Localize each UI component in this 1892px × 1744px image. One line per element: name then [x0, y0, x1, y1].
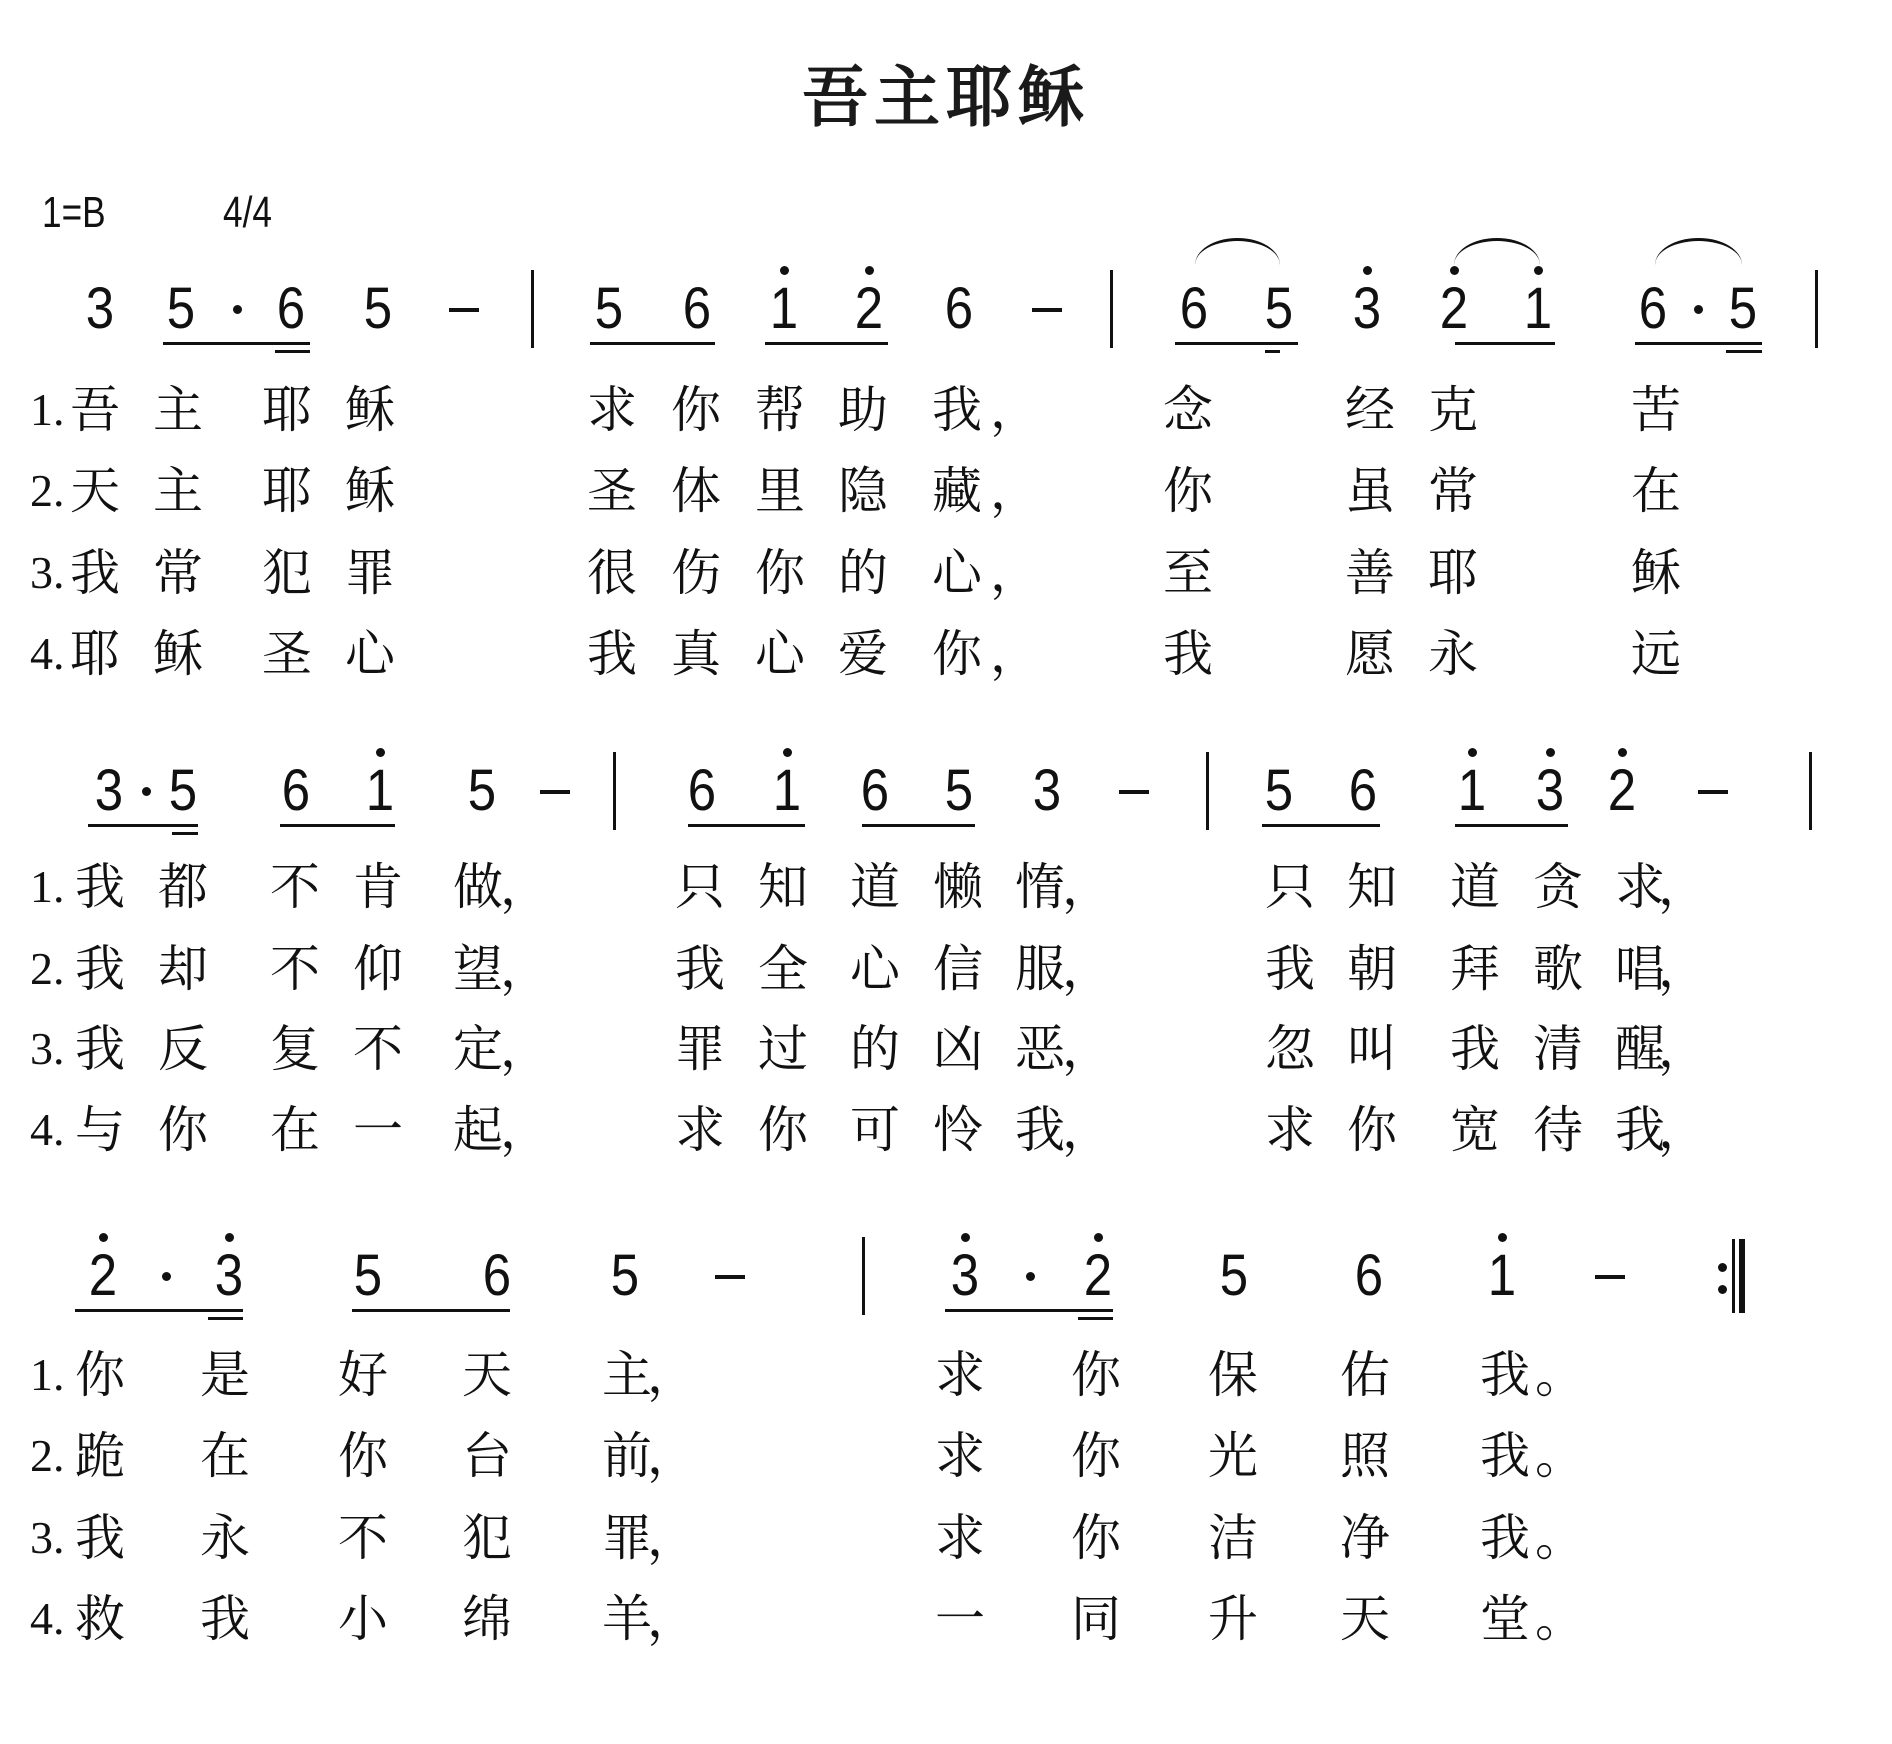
lyric-character: 你 [153, 1100, 213, 1160]
jianpu-note: 5 [157, 762, 210, 820]
lyric-character: ， [642, 1345, 702, 1405]
lyric-character: 跪 [70, 1426, 130, 1486]
lyric-character: 你 [1066, 1508, 1126, 1568]
lyric-character: 你 [70, 1345, 130, 1405]
lyric-character: ， [1653, 1100, 1713, 1160]
sustain-dash [1119, 790, 1149, 794]
lyric-character: ， [495, 857, 555, 917]
lyric-character: 罪 [340, 543, 400, 603]
jianpu-note: 1 [354, 762, 407, 820]
lyric-character: ， [495, 939, 555, 999]
lyric-character: 我 [1260, 939, 1320, 999]
lyric-character: 在 [195, 1426, 255, 1486]
lyric-character: ， [1057, 857, 1117, 917]
lyric-character: ， [985, 543, 1045, 603]
verse-number: 2. [30, 1426, 65, 1486]
jianpu-note: 5 [1253, 762, 1306, 820]
sixteenth-underline [208, 1317, 243, 1320]
high-octave-dot [961, 1233, 970, 1242]
jianpu-note: 3 [74, 280, 127, 338]
verse-number: 1. [30, 857, 65, 917]
lyric-character: 反 [153, 1019, 213, 1079]
barline [531, 270, 534, 348]
lyric-character: 照 [1335, 1426, 1395, 1486]
lyric-character: 佑 [1335, 1345, 1395, 1405]
lyric-character: 。 [1530, 1345, 1590, 1405]
lyric-character: 洁 [1203, 1508, 1263, 1568]
jianpu-note: 2 [1428, 280, 1481, 338]
lyric-character: 知 [753, 857, 813, 917]
jianpu-note: 5 [155, 280, 208, 338]
high-octave-dot [780, 266, 789, 275]
dotted-rhythm-dot [1694, 305, 1703, 314]
lyric-character: 的 [845, 1019, 905, 1079]
eighth-underline [75, 1309, 243, 1312]
verse-number: 3. [30, 1508, 65, 1568]
repeat-dot [1718, 1263, 1727, 1272]
eighth-underline [1262, 824, 1380, 827]
lyric-character: 我 [65, 543, 125, 603]
slur [1655, 238, 1742, 265]
dotted-rhythm-dot [1026, 1272, 1035, 1281]
lyric-character: 我 [70, 1508, 130, 1568]
lyric-character: 一 [348, 1100, 408, 1160]
verse-number: 2. [30, 939, 65, 999]
lyric-character: 念 [1158, 380, 1218, 440]
lyric-character: 主 [148, 380, 208, 440]
lyric-character: 你 [1158, 461, 1218, 521]
lyric-character: ， [642, 1426, 702, 1486]
lyric-character: ， [495, 1100, 555, 1160]
jianpu-note: 3 [1524, 762, 1577, 820]
verse-number: 3. [30, 1019, 65, 1079]
lyric-character: 好 [333, 1345, 393, 1405]
eighth-underline [163, 342, 310, 345]
lyric-character: 同 [1066, 1589, 1126, 1649]
dotted-rhythm-dot [233, 305, 242, 314]
lyric-character: 主 [148, 461, 208, 521]
lyric-character: 在 [265, 1100, 325, 1160]
lyric-character: 你 [1066, 1426, 1126, 1486]
jianpu-note: 6 [671, 280, 724, 338]
barline [1815, 270, 1818, 348]
lyric-character: 心 [845, 939, 905, 999]
lyric-character: 。 [1530, 1508, 1590, 1568]
eighth-underline [1455, 824, 1568, 827]
lyric-character: 歌 [1528, 939, 1588, 999]
lyric-character: 清 [1528, 1019, 1588, 1079]
lyric-character: 犯 [457, 1508, 517, 1568]
lyric-character: 道 [1445, 857, 1505, 917]
lyric-character: 升 [1203, 1589, 1263, 1649]
lyric-character: 苦 [1626, 380, 1686, 440]
jianpu-note: 5 [1208, 1247, 1261, 1305]
lyric-character: 求 [1260, 1100, 1320, 1160]
lyric-character: 信 [928, 939, 988, 999]
lyric-character: 复 [265, 1019, 325, 1079]
song-title: 吾主耶稣 [0, 44, 1892, 139]
jianpu-note: 1 [1476, 1247, 1529, 1305]
lyric-character: 道 [845, 857, 905, 917]
lyric-character: 。 [1530, 1589, 1590, 1649]
lyric-character: 台 [457, 1426, 517, 1486]
sustain-dash [715, 1275, 745, 1279]
lyric-character: 我 [1475, 1345, 1535, 1405]
high-octave-dot [1534, 266, 1543, 275]
jianpu-note: 6 [1168, 280, 1221, 338]
lyric-character: 拜 [1445, 939, 1505, 999]
lyric-character: 犯 [257, 543, 317, 603]
jianpu-note: 1 [1512, 280, 1565, 338]
lyric-character: 我 [70, 939, 130, 999]
lyric-character: 救 [70, 1589, 130, 1649]
eighth-underline [1175, 342, 1298, 345]
barline [1206, 752, 1209, 830]
jianpu-note: 1 [1446, 762, 1499, 820]
lyric-character: 我 [670, 939, 730, 999]
lyric-character: 我 [927, 380, 987, 440]
lyric-character: 凶 [928, 1019, 988, 1079]
lyric-character: 经 [1340, 380, 1400, 440]
lyric-character: ， [642, 1589, 702, 1649]
repeat-dot [1718, 1285, 1727, 1294]
lyric-character: 只 [670, 857, 730, 917]
jianpu-note: 6 [849, 762, 902, 820]
eighth-underline [1455, 342, 1555, 345]
high-octave-dot [865, 266, 874, 275]
lyric-character: ， [495, 1019, 555, 1079]
final-barline-thick [1739, 1239, 1745, 1313]
barline [1809, 752, 1812, 830]
verse-number: 1. [30, 380, 65, 440]
lyric-character: 永 [195, 1508, 255, 1568]
lyric-character: 求 [930, 1508, 990, 1568]
lyric-character: 稣 [1626, 543, 1686, 603]
lyric-character: 我 [70, 857, 130, 917]
jianpu-note: 3 [203, 1247, 256, 1305]
jianpu-note: 6 [933, 280, 986, 338]
lyric-character: ， [642, 1508, 702, 1568]
sixteenth-underline [275, 350, 310, 353]
lyric-character: 稣 [340, 461, 400, 521]
jianpu-note: 2 [1596, 762, 1649, 820]
lyric-character: ， [1653, 1019, 1713, 1079]
lyric-character: 心 [340, 624, 400, 684]
eighth-underline [590, 342, 715, 345]
lyric-character: 仰 [348, 939, 408, 999]
lyric-character: 愿 [1340, 624, 1400, 684]
sustain-dash [449, 308, 479, 312]
verse-number: 4. [30, 1100, 65, 1160]
lyric-character: 你 [753, 1100, 813, 1160]
lyric-character: ， [1057, 1100, 1117, 1160]
lyric-character: 隐 [833, 461, 893, 521]
lyric-character: 心 [750, 624, 810, 684]
jianpu-note: 3 [939, 1247, 992, 1305]
jianpu-note: 3 [1021, 762, 1074, 820]
lyric-character: 我 [1475, 1508, 1535, 1568]
lyric-character: 心 [927, 543, 987, 603]
jianpu-note: 6 [270, 762, 323, 820]
lyric-character: 求 [670, 1100, 730, 1160]
time-signature: 4/4 [223, 188, 272, 238]
jianpu-note: 6 [471, 1247, 524, 1305]
lyric-character: 不 [265, 939, 325, 999]
lyric-character: 帮 [750, 380, 810, 440]
lyric-character: 我 [1445, 1019, 1505, 1079]
high-octave-dot [783, 748, 792, 757]
high-octave-dot [1618, 748, 1627, 757]
eighth-underline [765, 342, 888, 345]
jianpu-note: 5 [1253, 280, 1306, 338]
jianpu-note: 5 [933, 762, 986, 820]
lyric-character: 常 [1423, 461, 1483, 521]
eighth-underline [88, 824, 198, 827]
lyric-character: 天 [65, 461, 125, 521]
lyric-character: ， [1653, 939, 1713, 999]
lyric-character: 都 [153, 857, 213, 917]
verse-number: 4. [30, 624, 65, 684]
lyric-character: 过 [753, 1019, 813, 1079]
lyric-character: 我 [1475, 1426, 1535, 1486]
sustain-dash [1698, 790, 1728, 794]
lyric-character: 很 [582, 543, 642, 603]
verse-number: 2. [30, 461, 65, 521]
lyric-character: 肯 [348, 857, 408, 917]
lyric-character: 光 [1203, 1426, 1263, 1486]
high-octave-dot [1450, 266, 1459, 275]
lyric-character: 圣 [257, 624, 317, 684]
lyric-character: 待 [1528, 1100, 1588, 1160]
high-octave-dot [225, 1233, 234, 1242]
lyric-character: 助 [833, 380, 893, 440]
lyric-character: ， [1057, 939, 1117, 999]
dotted-rhythm-dot [142, 787, 151, 796]
high-octave-dot [1363, 266, 1372, 275]
lyric-character: 知 [1342, 857, 1402, 917]
lyric-character: 我 [582, 624, 642, 684]
jianpu-note: 6 [265, 280, 318, 338]
jianpu-note: 6 [1337, 762, 1390, 820]
lyric-character: 里 [750, 461, 810, 521]
lyric-character: 常 [148, 543, 208, 603]
eighth-underline [688, 824, 805, 827]
high-octave-dot [1546, 748, 1555, 757]
lyric-character: 小 [333, 1589, 393, 1649]
jianpu-note: 5 [456, 762, 509, 820]
lyric-character: 宽 [1445, 1100, 1505, 1160]
lyric-character: 堂 [1475, 1589, 1535, 1649]
jianpu-note: 5 [599, 1247, 652, 1305]
sixteenth-underline [172, 832, 198, 835]
high-octave-dot [99, 1233, 108, 1242]
lyric-character: 你 [333, 1426, 393, 1486]
slur [1195, 238, 1280, 265]
lyric-character: 伤 [666, 543, 726, 603]
lyric-character: 在 [1626, 461, 1686, 521]
lyric-character: 我 [1158, 624, 1218, 684]
eighth-underline [1635, 342, 1762, 345]
lyric-character: ， [1653, 857, 1713, 917]
lyric-character: 净 [1335, 1508, 1395, 1568]
lyric-character: 可 [845, 1100, 905, 1160]
lyric-character: 耶 [1423, 543, 1483, 603]
jianpu-note: 2 [77, 1247, 130, 1305]
lyric-character: 你 [1342, 1100, 1402, 1160]
lyric-character: ， [1057, 1019, 1117, 1079]
lyric-character: 却 [153, 939, 213, 999]
lyric-character: 不 [265, 857, 325, 917]
lyric-character: 稣 [148, 624, 208, 684]
verse-number: 1. [30, 1345, 65, 1405]
lyric-character: 天 [1335, 1589, 1395, 1649]
lyric-character: 。 [1530, 1426, 1590, 1486]
jianpu-note: 6 [1627, 280, 1680, 338]
lyric-character: 你 [750, 543, 810, 603]
lyric-character: 真 [666, 624, 726, 684]
lyric-character: 求 [582, 380, 642, 440]
sustain-dash [1595, 1275, 1625, 1279]
lyric-character: 圣 [582, 461, 642, 521]
jianpu-note: 3 [1341, 280, 1394, 338]
jianpu-note: 6 [676, 762, 729, 820]
lyric-character: 不 [348, 1019, 408, 1079]
sustain-dash [1032, 308, 1062, 312]
lyric-character: 耶 [257, 461, 317, 521]
sustain-dash [540, 790, 570, 794]
lyric-character: 朝 [1342, 939, 1402, 999]
key-signature: 1=B [42, 188, 106, 238]
lyric-character: 保 [1203, 1345, 1263, 1405]
lyric-character: 善 [1340, 543, 1400, 603]
barline [613, 752, 616, 830]
eighth-underline [280, 824, 395, 827]
lyric-character: 克 [1423, 380, 1483, 440]
eighth-underline [862, 824, 975, 827]
high-octave-dot [1498, 1233, 1507, 1242]
eighth-underline [352, 1309, 510, 1312]
lyric-character: 求 [930, 1345, 990, 1405]
lyric-character: ， [985, 380, 1045, 440]
high-octave-dot [376, 748, 385, 757]
lyric-character: 忽 [1260, 1019, 1320, 1079]
lyric-character: 我 [195, 1589, 255, 1649]
lyric-character: 耶 [65, 624, 125, 684]
lyric-character: 你 [1066, 1345, 1126, 1405]
jianpu-note: 5 [342, 1247, 395, 1305]
lyric-character: 叫 [1342, 1019, 1402, 1079]
jianpu-note: 1 [758, 280, 811, 338]
barline [862, 1237, 865, 1315]
lyric-character: 爱 [833, 624, 893, 684]
sixteenth-underline [1265, 350, 1280, 353]
sixteenth-underline [1078, 1317, 1113, 1320]
high-octave-dot [1468, 748, 1477, 757]
lyric-character: 只 [1260, 857, 1320, 917]
slur [1454, 238, 1540, 265]
lyric-character: 你 [666, 380, 726, 440]
lyric-character: 是 [195, 1345, 255, 1405]
lyric-character: 永 [1423, 624, 1483, 684]
lyric-character: 一 [930, 1589, 990, 1649]
lyric-character: 你 [927, 624, 987, 684]
lyric-character: 远 [1626, 624, 1686, 684]
sixteenth-underline [1726, 350, 1762, 353]
verse-number: 4. [30, 1589, 65, 1649]
final-barline-thin [1732, 1239, 1735, 1313]
high-octave-dot [1094, 1233, 1103, 1242]
lyric-character: 与 [70, 1100, 130, 1160]
lyric-character: 懒 [928, 857, 988, 917]
lyric-character: ， [985, 461, 1045, 521]
lyric-character: 绵 [457, 1589, 517, 1649]
lyric-character: 求 [930, 1426, 990, 1486]
jianpu-note: 3 [83, 762, 136, 820]
lyric-character: 稣 [340, 380, 400, 440]
lyric-character: 贪 [1528, 857, 1588, 917]
lyric-character: 的 [833, 543, 893, 603]
lyric-character: 怜 [928, 1100, 988, 1160]
lyric-character: 不 [333, 1508, 393, 1568]
lyric-character: 至 [1158, 543, 1218, 603]
lyric-character: 体 [666, 461, 726, 521]
barline [1110, 270, 1113, 348]
eighth-underline [945, 1309, 1113, 1312]
jianpu-note: 5 [1717, 280, 1770, 338]
verse-number: 3. [30, 543, 65, 603]
lyric-character: 天 [457, 1345, 517, 1405]
jianpu-note: 5 [352, 280, 405, 338]
jianpu-note: 2 [1072, 1247, 1125, 1305]
lyric-character: ， [985, 624, 1045, 684]
lyric-character: 罪 [670, 1019, 730, 1079]
lyric-character: 全 [753, 939, 813, 999]
dotted-rhythm-dot [162, 1272, 171, 1281]
jianpu-note: 6 [1343, 1247, 1396, 1305]
lyric-character: 我 [70, 1019, 130, 1079]
jianpu-note: 5 [583, 280, 636, 338]
lyric-character: 藏 [927, 461, 987, 521]
jianpu-note: 1 [761, 762, 814, 820]
lyric-character: 吾 [65, 380, 125, 440]
lyric-character: 耶 [257, 380, 317, 440]
lyric-character: 虽 [1340, 461, 1400, 521]
jianpu-note: 2 [843, 280, 896, 338]
